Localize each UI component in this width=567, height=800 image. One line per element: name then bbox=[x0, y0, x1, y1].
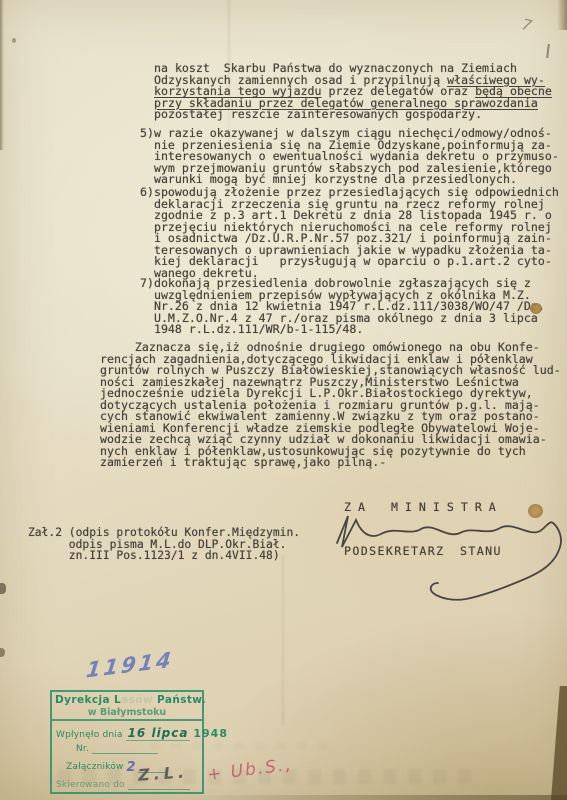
stamp-received-date-handwritten: 16 lipca bbox=[126, 726, 191, 741]
registry-number-handwritten: 11914 bbox=[85, 647, 175, 682]
pencil-mark: 7 bbox=[520, 15, 534, 35]
list-item-7: 7)dokonają przesiedlenia dobrowolnie zgł… bbox=[140, 278, 545, 336]
paper-speck bbox=[12, 38, 16, 43]
typed-line: Zał.2 (odpis protokółu Konfer.Międzymin. bbox=[28, 527, 300, 539]
page-edge-shadow-topright bbox=[557, 0, 567, 30]
paper-crease bbox=[282, 555, 284, 725]
typed-line: warunki mogą być mniej korzystne dla prz… bbox=[140, 174, 559, 186]
stamp-attachments-count-handwritten: 2 bbox=[126, 760, 135, 775]
paragraph-continuation: na koszt Skarbu Państwa do wyznaczonych … bbox=[154, 63, 552, 121]
page-edge-shadow-left bbox=[0, 0, 4, 150]
page-edge-shadow-bottom bbox=[180, 795, 567, 800]
stamp-number-label: Nr. bbox=[76, 744, 89, 754]
typed-line: 1948 r.L.dz.111/WR/b-1-115/48. bbox=[140, 324, 545, 336]
podsekretarz-line: PODSEKRETARZ STANU bbox=[344, 546, 502, 558]
stamp-org-prefix: Dyrekcja L bbox=[55, 694, 121, 706]
closing-paragraph: Zaznacza się,iż odnośnie drugiego omówio… bbox=[100, 342, 561, 469]
stamp-number-row: Nr. bbox=[52, 744, 202, 754]
za-ministra-line: ZA MINISTRA bbox=[344, 502, 503, 514]
red-ink-note: + Ub.S., bbox=[206, 755, 294, 785]
paper-stain bbox=[528, 504, 543, 518]
stamp-received-label: Wpłynęło dnia bbox=[56, 730, 123, 740]
document-page: na koszt Skarbu Państwa do wyznaczonych … bbox=[0, 0, 567, 800]
stamp-organization: Dyrekcja Lasów Państw. bbox=[55, 694, 199, 706]
stamp-routed-label: Skierowano do bbox=[56, 780, 125, 790]
stamp-received-row: Wpłynęło dnia 16 lipca 1948 bbox=[52, 726, 202, 740]
stamp-header: Dyrekcja Lasów Państw. w Białymstoku bbox=[52, 692, 202, 721]
paper-nick bbox=[0, 583, 6, 594]
stamp-org-suffix: Państw. bbox=[153, 694, 206, 706]
pencil-tick bbox=[546, 44, 550, 58]
stamp-number-blank bbox=[92, 744, 158, 754]
stamp-city: w Białymstoku bbox=[55, 707, 199, 718]
stamp-attachments-label: Załączników bbox=[66, 762, 124, 772]
list-item-5: 5)w razie okazywanej w dalszym ciągu nie… bbox=[140, 128, 559, 186]
paper-nick bbox=[0, 648, 5, 657]
typed-line: zn.III Pos.1123/1 z dn.4VII.48) bbox=[28, 550, 300, 562]
typed-line: zamierzeń i traktując sprawę,jako pilną.… bbox=[100, 457, 561, 469]
routing-handwritten: Z.L. bbox=[137, 762, 188, 784]
stamp-org-faded: asów bbox=[121, 694, 153, 706]
list-item-6: 6)spowodują złożenie przez przesiedlając… bbox=[140, 187, 559, 279]
attachment-note: Zał.2 (odpis protokółu Konfer.Międzymin.… bbox=[28, 527, 300, 562]
typed-line: pozostałej reszcie zainteresowanych gosp… bbox=[154, 109, 552, 121]
page-corner-dark bbox=[551, 686, 567, 800]
stamp-received-year: 1948 bbox=[193, 727, 228, 740]
